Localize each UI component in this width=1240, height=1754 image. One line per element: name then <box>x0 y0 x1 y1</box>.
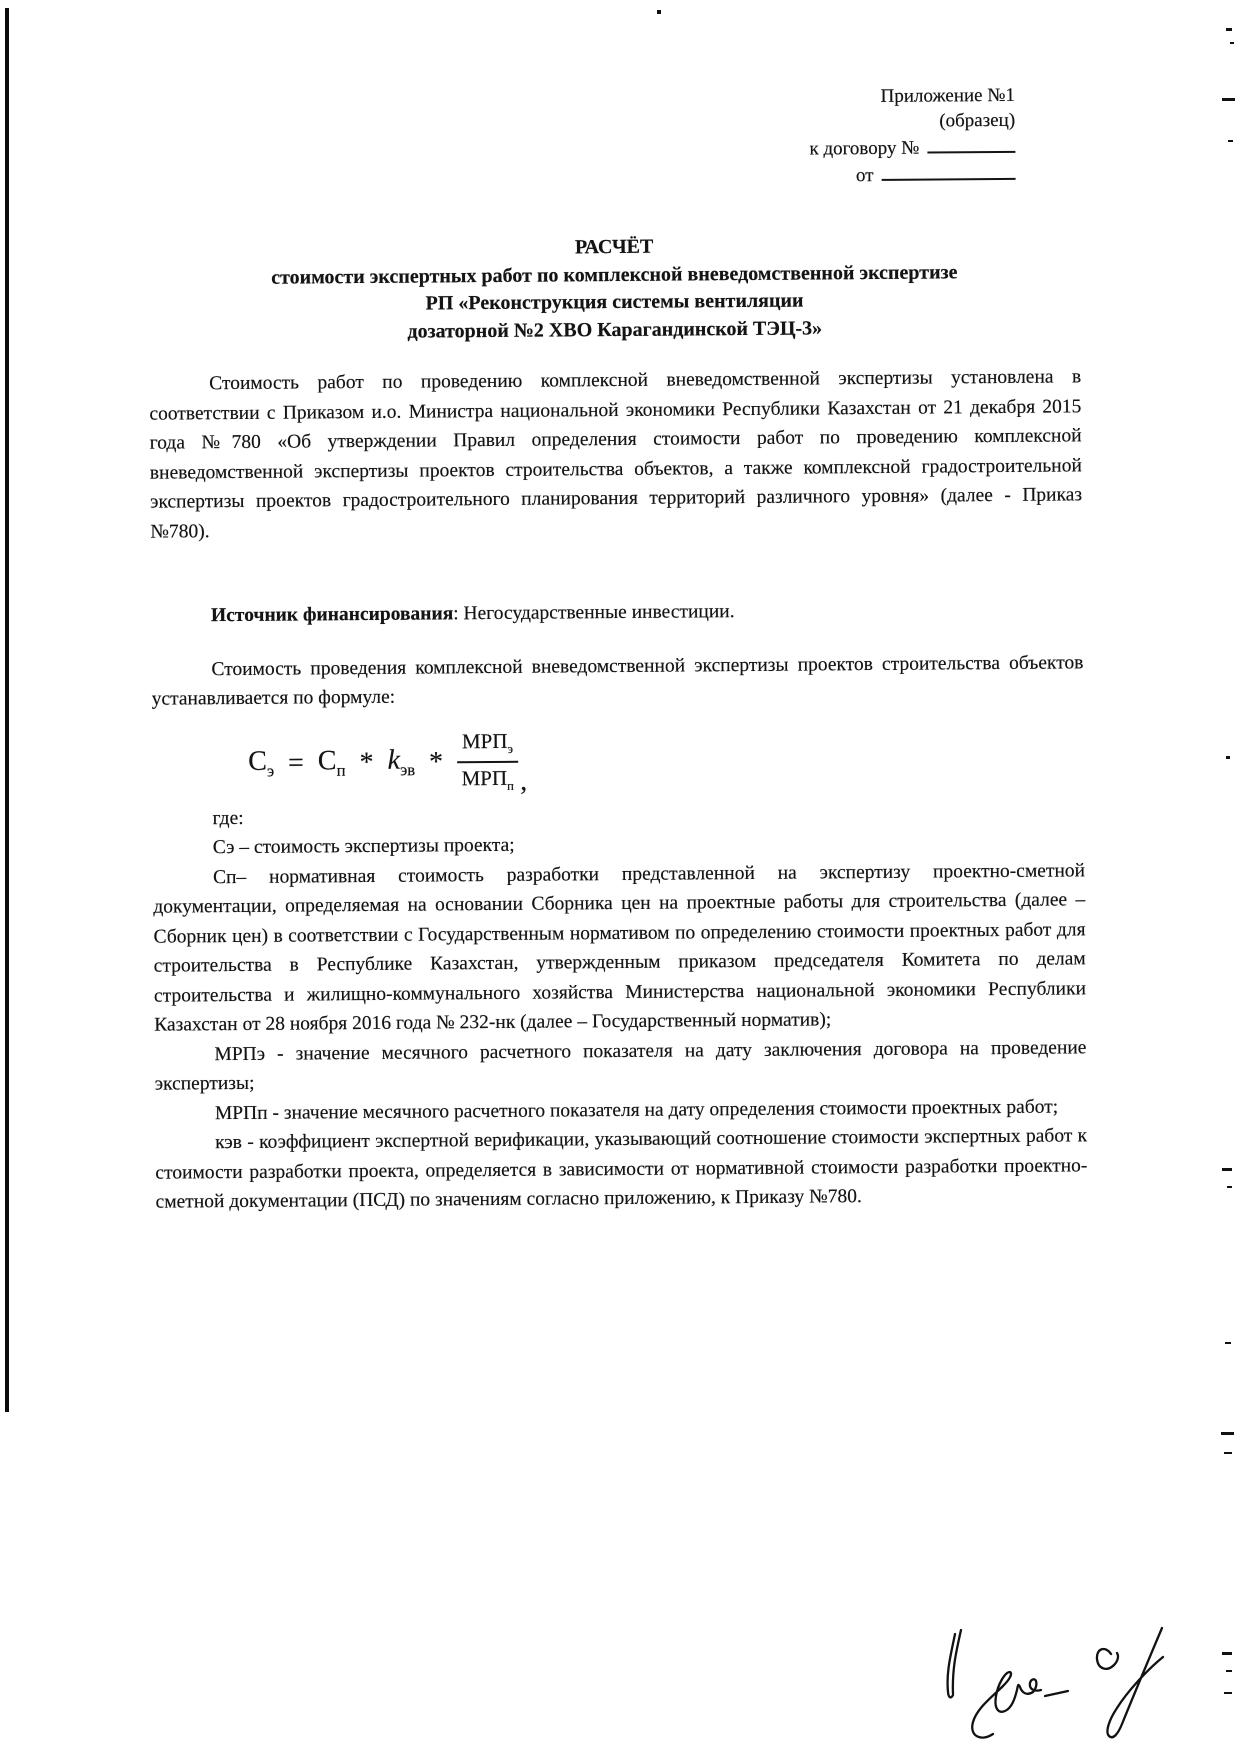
contract-date-line: от <box>147 160 1015 194</box>
formula-multiply-1: * <box>359 747 373 779</box>
formula-term2: kэв <box>387 744 415 780</box>
formula-lhs: Сэ <box>248 745 274 781</box>
scan-noise-mark <box>1225 1342 1231 1344</box>
document-page: Приложение №1 (образец) к договору № от … <box>0 0 1240 1754</box>
paragraph-basis: Стоимость работ по проведению комплексно… <box>149 362 1082 546</box>
paragraph-funding: Источник финансирования: Негосударственн… <box>151 594 1083 631</box>
funding-source-value: : Негосударственные инвестиции. <box>453 601 735 624</box>
scan-noise-mark <box>1226 1670 1232 1672</box>
title-line-4: дозаторной №2 ХВО Карагандинской ТЭЦ-3» <box>149 313 1081 348</box>
contract-date-label: от <box>856 165 874 186</box>
formula-denominator: МРПп <box>461 762 514 794</box>
definition-kev: кэв - коэффициент экспертной верификации… <box>155 1121 1088 1217</box>
document-title: РАСЧЁТ стоимости экспертных работ по ком… <box>148 230 1081 347</box>
scan-noise-mark <box>1228 140 1233 142</box>
funding-source-label: Источник финансирования <box>211 603 453 626</box>
contract-date-blank <box>881 160 1015 181</box>
scan-noise-mark <box>1222 98 1235 101</box>
scan-noise-mark <box>1224 1692 1232 1694</box>
contract-number-blank <box>927 133 1015 154</box>
handwritten-signature <box>915 1612 1185 1752</box>
signature-loop-stroke <box>972 1672 1041 1738</box>
document-content: Приложение №1 (образец) к договору № от … <box>146 0 1088 1217</box>
signature-dash-stroke <box>1045 1691 1068 1696</box>
scan-noise-mark <box>1224 1452 1232 1454</box>
formula-equals: = <box>288 747 304 779</box>
formula-fraction: МРПэ МРПп <box>457 729 518 794</box>
formula-comma: , <box>520 765 527 797</box>
signature-curl-stroke <box>1097 1649 1118 1669</box>
definition-sp: Сп– нормативная стоимость разработки пре… <box>153 856 1086 1040</box>
scan-noise-mark <box>1230 42 1234 44</box>
scan-noise-mark <box>1226 28 1232 31</box>
paragraph-formula-intro: Стоимость проведения комплексной вневедо… <box>151 648 1083 714</box>
formula-term1: Сп <box>318 745 346 781</box>
contract-number-label: к договору № <box>809 138 919 160</box>
formula-numerator: МРПэ <box>457 729 518 763</box>
scan-noise-mark <box>1226 756 1230 759</box>
scan-noise-mark <box>1227 1186 1232 1188</box>
scan-artifact-left-line <box>5 8 9 1412</box>
formula-multiply-2: * <box>429 746 443 778</box>
scan-noise-mark <box>1221 1432 1234 1435</box>
appendix-header: Приложение №1 (образец) к договору № от <box>147 82 1080 193</box>
signature-sweep-stroke <box>1107 1628 1163 1737</box>
cost-formula: Сэ = Сп * kэв * МРПэ МРПп , <box>248 721 1085 800</box>
definition-mrp-e: МРПэ - значение месячного расчетного пок… <box>154 1033 1086 1099</box>
scan-noise-mark <box>1222 1652 1232 1655</box>
scan-noise-mark <box>1222 1168 1232 1171</box>
